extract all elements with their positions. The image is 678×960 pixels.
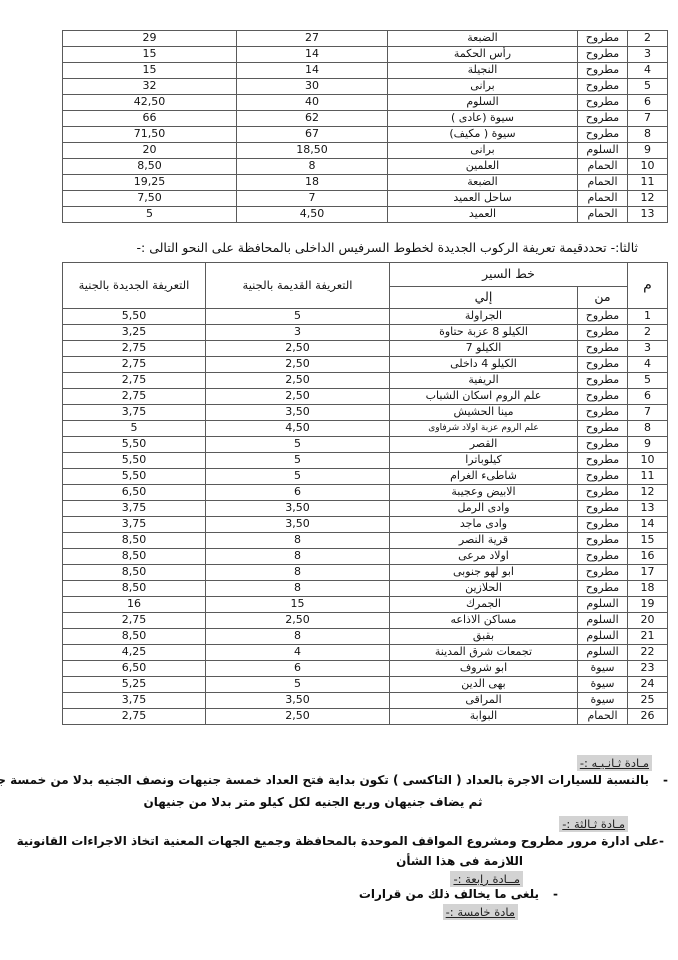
cell-from: الحمام <box>578 159 628 175</box>
table-row: 4مطروحالنجيلة1415 <box>63 63 668 79</box>
cell-to: ابو شروف <box>389 661 577 677</box>
cell-to: علم الروم اسكان الشباب <box>389 389 577 405</box>
cell-num: 16 <box>628 549 668 565</box>
cell-from: الحمام <box>578 191 628 207</box>
article-second-heading: مـادة ثـانـيـه :- <box>577 755 652 771</box>
cell-old-fare: 8 <box>205 629 389 645</box>
cell-to: برانى <box>388 143 578 159</box>
cell-old-fare: 2,50 <box>205 613 389 629</box>
cell-num: 18 <box>628 581 668 597</box>
cell-old-fare: 15 <box>205 597 389 613</box>
table-row: 8مطروحعلم الروم عزبة اولاد شرفاوى4,505 <box>62 421 667 437</box>
cell-from: مطروح <box>578 517 628 533</box>
table-row: 16مطروحاولاد مرعى88,50 <box>62 549 667 565</box>
cell-num: 6 <box>628 95 668 111</box>
cell-new-fare: 4,25 <box>62 645 205 661</box>
cell-old-fare: 3,50 <box>205 693 389 709</box>
cell-to: القصر <box>389 437 577 453</box>
cell-to: ساحل العميد <box>388 191 578 207</box>
cell-num: 20 <box>628 613 668 629</box>
cell-new-fare: 5,25 <box>62 677 205 693</box>
cell-from: السلوم <box>578 143 628 159</box>
cell-to: كيلوباترا <box>389 453 577 469</box>
table-row: 26الحمامالبوابة2,502,75 <box>62 709 667 725</box>
cell-from: مطروح <box>578 111 628 127</box>
cell-num: 14 <box>628 517 668 533</box>
article-second-text1: بالنسبة للسيارات الاجرة بالعداد ( التاكس… <box>0 773 649 787</box>
cell-to: الكيلو 4 داخلى <box>389 357 577 373</box>
cell-old-fare: 5 <box>205 677 389 693</box>
cell-new-fare: 5 <box>63 207 237 223</box>
cell-to: اولاد مرعى <box>389 549 577 565</box>
cell-from: مطروح <box>578 79 628 95</box>
cell-to: الريفية <box>389 373 577 389</box>
cell-new-fare: 71,50 <box>63 127 237 143</box>
table-row: 6مطروحالسلوم4042,50 <box>63 95 668 111</box>
table-row: 6مطروحعلم الروم اسكان الشباب2,502,75 <box>62 389 667 405</box>
cell-from: مطروح <box>578 453 628 469</box>
cell-num: 10 <box>628 453 668 469</box>
cell-to: الجمرك <box>389 597 577 613</box>
cell-new-fare: 2,75 <box>62 709 205 725</box>
cell-old-fare: 4,50 <box>237 207 388 223</box>
cell-old-fare: 27 <box>237 31 388 47</box>
cell-num: 26 <box>628 709 668 725</box>
cell-old-fare: 7 <box>237 191 388 207</box>
cell-from: مطروح <box>578 421 628 437</box>
cell-new-fare: 66 <box>63 111 237 127</box>
cell-new-fare: 2,75 <box>62 357 205 373</box>
cell-from: مطروح <box>578 405 628 421</box>
cell-new-fare: 5 <box>62 421 205 437</box>
cell-from: مطروح <box>578 389 628 405</box>
table-row: 11مطروحشاطىء الغرام55,50 <box>62 469 667 485</box>
table-row: 12الحمامساحل العميد77,50 <box>63 191 668 207</box>
table-row: 2مطروحالكيلو 8 عزبة حتاوة33,25 <box>62 325 667 341</box>
intercity-tariff-table: 2مطروحالضبعة27293مطروحرأس الحكمة14154مطر… <box>62 30 668 223</box>
cell-from: السلوم <box>578 613 628 629</box>
cell-from: السلوم <box>578 597 628 613</box>
table-row: 13الحمامالعميد4,505 <box>63 207 668 223</box>
service-tariff-header: م خط السير التعريفة القديمة بالجنية التع… <box>62 263 667 309</box>
cell-old-fare: 3,50 <box>205 517 389 533</box>
cell-from: الحمام <box>578 175 628 191</box>
cell-num: 11 <box>628 175 668 191</box>
table-row: 5مطروحالريفية2,502,75 <box>62 373 667 389</box>
cell-num: 1 <box>628 309 668 325</box>
cell-from: مطروح <box>578 31 628 47</box>
cell-from: الحمام <box>578 207 628 223</box>
cell-new-fare: 32 <box>63 79 237 95</box>
cell-num: 3 <box>628 47 668 63</box>
table-row: 3مطروحالكيلو 72,502,75 <box>62 341 667 357</box>
col-header-num: م <box>628 263 668 309</box>
cell-to: الضبعة <box>388 175 578 191</box>
cell-num: 23 <box>628 661 668 677</box>
cell-from: مطروح <box>578 127 628 143</box>
cell-new-fare: 6,50 <box>62 661 205 677</box>
cell-to: المراقى <box>389 693 577 709</box>
table-row: 24سيوةبهى الدين55,25 <box>62 677 667 693</box>
table-row: 2مطروحالضبعة2729 <box>63 31 668 47</box>
cell-num: 22 <box>628 645 668 661</box>
cell-new-fare: 2,75 <box>62 341 205 357</box>
service-tariff-table: م خط السير التعريفة القديمة بالجنية التع… <box>62 262 668 725</box>
col-header-from: من <box>578 287 628 309</box>
cell-to: رأس الحكمة <box>388 47 578 63</box>
cell-num: 8 <box>628 421 668 437</box>
table-row: 25سيوةالمراقى3,503,75 <box>62 693 667 709</box>
cell-to: علم الروم عزبة اولاد شرفاوى <box>389 421 577 437</box>
cell-from: مطروح <box>578 485 628 501</box>
article-third-heading: مـادة ثـالثة :- <box>559 816 628 832</box>
cell-new-fare: 5,50 <box>62 469 205 485</box>
cell-to: شاطىء الغرام <box>389 469 577 485</box>
cell-num: 9 <box>628 437 668 453</box>
cell-num: 7 <box>628 405 668 421</box>
cell-new-fare: 15 <box>63 47 237 63</box>
cell-to: الكيلو 7 <box>389 341 577 357</box>
table-row: 9السلومبرانى18,5020 <box>63 143 668 159</box>
cell-num: 8 <box>628 127 668 143</box>
cell-new-fare: 8,50 <box>62 565 205 581</box>
table-row: 17مطروحابو لهو جنوبى88,50 <box>62 565 667 581</box>
cell-from: الحمام <box>578 709 628 725</box>
cell-new-fare: 3,75 <box>62 693 205 709</box>
table-row: 12مطروحالابيض وعجيبة66,50 <box>62 485 667 501</box>
cell-old-fare: 2,50 <box>205 373 389 389</box>
table-row: 4مطروحالكيلو 4 داخلى2,502,75 <box>62 357 667 373</box>
cell-from: مطروح <box>578 47 628 63</box>
cell-new-fare: 5,50 <box>62 453 205 469</box>
cell-old-fare: 4 <box>205 645 389 661</box>
table-row: 1مطروحالجراولة55,50 <box>62 309 667 325</box>
article-fourth-heading: مــادة رابعة :- <box>450 871 523 887</box>
cell-from: مطروح <box>578 565 628 581</box>
cell-from: مطروح <box>578 341 628 357</box>
table-row: 18مطروحالحلازين88,50 <box>62 581 667 597</box>
cell-to: بهى الدين <box>389 677 577 693</box>
table-row: 7مطروحسيوة (عادى )6266 <box>63 111 668 127</box>
cell-new-fare: 3,25 <box>62 325 205 341</box>
cell-new-fare: 2,75 <box>62 373 205 389</box>
article-third-paragraph-line2: اللازمة فى هذا الشأن <box>396 854 523 868</box>
cell-to: بقبق <box>389 629 577 645</box>
cell-old-fare: 8 <box>205 581 389 597</box>
cell-old-fare: 3,50 <box>205 405 389 421</box>
cell-to: وادى الرمل <box>389 501 577 517</box>
article-fifth-heading: مادة خامسة :- <box>443 904 518 920</box>
cell-from: مطروح <box>578 373 628 389</box>
cell-old-fare: 2,50 <box>205 389 389 405</box>
cell-to: الجراولة <box>389 309 577 325</box>
cell-new-fare: 42,50 <box>63 95 237 111</box>
cell-to: سيوة ( مكيف) <box>388 127 578 143</box>
cell-old-fare: 5 <box>205 437 389 453</box>
cell-new-fare: 29 <box>63 31 237 47</box>
cell-num: 12 <box>628 485 668 501</box>
decree-document-page: 2مطروحالضبعة27293مطروحرأس الحكمة14154مطر… <box>0 0 678 960</box>
cell-old-fare: 2,50 <box>205 341 389 357</box>
cell-to: برانى <box>388 79 578 95</box>
table-row: 10مطروحكيلوباترا55,50 <box>62 453 667 469</box>
cell-from: سيوة <box>578 661 628 677</box>
cell-from: السلوم <box>578 645 628 661</box>
cell-from: مطروح <box>578 325 628 341</box>
table-row: 22السلومتجمعات شرق المدينة44,25 <box>62 645 667 661</box>
cell-num: 6 <box>628 389 668 405</box>
cell-num: 13 <box>628 501 668 517</box>
table-row: 9مطروحالقصر55,50 <box>62 437 667 453</box>
cell-num: 3 <box>628 341 668 357</box>
cell-new-fare: 8,50 <box>63 159 237 175</box>
article-fourth-paragraph-line1: - يلغى ما يخالف ذلك من قرارات <box>359 887 558 901</box>
cell-from: مطروح <box>578 437 628 453</box>
cell-from: مطروح <box>578 533 628 549</box>
cell-old-fare: 2,50 <box>205 357 389 373</box>
cell-to: ابو لهو جنوبى <box>389 565 577 581</box>
cell-old-fare: 8 <box>237 159 388 175</box>
cell-old-fare: 4,50 <box>205 421 389 437</box>
cell-num: 19 <box>628 597 668 613</box>
cell-old-fare: 8 <box>205 565 389 581</box>
cell-to: البوابة <box>389 709 577 725</box>
table-row: 7مطروحمينا الحشيش3,503,75 <box>62 405 667 421</box>
cell-from: مطروح <box>578 549 628 565</box>
cell-new-fare: 5,50 <box>62 309 205 325</box>
cell-new-fare: 3,75 <box>62 405 205 421</box>
cell-num: 4 <box>628 357 668 373</box>
cell-from: مطروح <box>578 63 628 79</box>
col-header-new-fare: التعريفة الجديدة بالجنية <box>62 263 205 309</box>
cell-to: الابيض وعجيبة <box>389 485 577 501</box>
cell-old-fare: 8 <box>205 533 389 549</box>
cell-new-fare: 8,50 <box>62 629 205 645</box>
cell-to: الضبعة <box>388 31 578 47</box>
table-row: 21السلومبقبق88,50 <box>62 629 667 645</box>
article-fourth-text1: يلغى ما يخالف ذلك من قرارات <box>359 887 539 901</box>
table-row: 10الحمامالعلمين88,50 <box>63 159 668 175</box>
cell-to: وادى ماجد <box>389 517 577 533</box>
article-second-paragraph-line2: ثم يضاف جنيهان وربع الجنيه لكل كيلو متر … <box>0 795 626 809</box>
cell-old-fare: 5 <box>205 453 389 469</box>
cell-to: العميد <box>388 207 578 223</box>
cell-new-fare: 20 <box>63 143 237 159</box>
cell-new-fare: 6,50 <box>62 485 205 501</box>
cell-num: 4 <box>628 63 668 79</box>
table-row: 11الحمامالضبعة1819,25 <box>63 175 668 191</box>
table-row: 5مطروحبرانى3032 <box>63 79 668 95</box>
cell-to: العلمين <box>388 159 578 175</box>
cell-old-fare: 30 <box>237 79 388 95</box>
cell-from: مطروح <box>578 95 628 111</box>
cell-old-fare: 14 <box>237 63 388 79</box>
cell-num: 12 <box>628 191 668 207</box>
cell-old-fare: 14 <box>237 47 388 63</box>
cell-old-fare: 67 <box>237 127 388 143</box>
dash-bullet: - <box>553 887 558 901</box>
cell-from: مطروح <box>578 309 628 325</box>
table-row: 8مطروحسيوة ( مكيف)6771,50 <box>63 127 668 143</box>
cell-to: قرية النصر <box>389 533 577 549</box>
cell-new-fare: 7,50 <box>63 191 237 207</box>
table-row: 13مطروحوادى الرمل3,503,75 <box>62 501 667 517</box>
table-row: 15مطروحقرية النصر88,50 <box>62 533 667 549</box>
cell-old-fare: 18,50 <box>237 143 388 159</box>
intercity-tariff-body: 2مطروحالضبعة27293مطروحرأس الحكمة14154مطر… <box>63 31 668 223</box>
cell-new-fare: 2,75 <box>62 389 205 405</box>
cell-new-fare: 8,50 <box>62 549 205 565</box>
cell-num: 5 <box>628 373 668 389</box>
cell-new-fare: 16 <box>62 597 205 613</box>
cell-old-fare: 6 <box>205 661 389 677</box>
cell-num: 24 <box>628 677 668 693</box>
cell-new-fare: 19,25 <box>63 175 237 191</box>
cell-new-fare: 5,50 <box>62 437 205 453</box>
cell-from: مطروح <box>578 581 628 597</box>
cell-to: السلوم <box>388 95 578 111</box>
cell-num: 2 <box>628 31 668 47</box>
cell-from: مطروح <box>578 469 628 485</box>
cell-to: تجمعات شرق المدينة <box>389 645 577 661</box>
cell-from: سيوة <box>578 693 628 709</box>
cell-old-fare: 8 <box>205 549 389 565</box>
article-second-paragraph-line1: - بالنسبة للسيارات الاجرة بالعداد ( التا… <box>0 773 668 787</box>
cell-num: 10 <box>628 159 668 175</box>
cell-from: السلوم <box>578 629 628 645</box>
cell-new-fare: 8,50 <box>62 533 205 549</box>
section-three-heading: ثالثا:- تحددقيمة تعريفة الركوب الجديدة ل… <box>137 240 639 255</box>
cell-to: سيوة (عادى ) <box>388 111 578 127</box>
cell-to: النجيلة <box>388 63 578 79</box>
cell-from: مطروح <box>578 501 628 517</box>
cell-num: 2 <box>628 325 668 341</box>
col-header-old-fare: التعريفة القديمة بالجنية <box>205 263 389 309</box>
cell-old-fare: 3,50 <box>205 501 389 517</box>
table-row: 14مطروحوادى ماجد3,503,75 <box>62 517 667 533</box>
cell-new-fare: 2,75 <box>62 613 205 629</box>
cell-num: 11 <box>628 469 668 485</box>
cell-to: الكيلو 8 عزبة حتاوة <box>389 325 577 341</box>
cell-num: 17 <box>628 565 668 581</box>
table-row: 23سيوةابو شروف66,50 <box>62 661 667 677</box>
cell-num: 21 <box>628 629 668 645</box>
cell-old-fare: 2,50 <box>205 709 389 725</box>
cell-from: سيوة <box>578 677 628 693</box>
cell-from: مطروح <box>578 357 628 373</box>
cell-num: 9 <box>628 143 668 159</box>
cell-old-fare: 62 <box>237 111 388 127</box>
col-header-to: إلي <box>389 287 577 309</box>
cell-old-fare: 40 <box>237 95 388 111</box>
table-row: 19السلومالجمرك1516 <box>62 597 667 613</box>
service-tariff-body: 1مطروحالجراولة55,502مطروحالكيلو 8 عزبة ح… <box>62 309 667 725</box>
cell-old-fare: 5 <box>205 469 389 485</box>
col-header-route: خط السير <box>389 263 627 287</box>
cell-num: 13 <box>628 207 668 223</box>
cell-num: 5 <box>628 79 668 95</box>
table-row: 20السلوممساكن الاذاعه2,502,75 <box>62 613 667 629</box>
cell-num: 25 <box>628 693 668 709</box>
cell-to: مساكن الاذاعه <box>389 613 577 629</box>
cell-old-fare: 3 <box>205 325 389 341</box>
dash-bullet: - <box>663 773 668 787</box>
cell-to: الحلازين <box>389 581 577 597</box>
article-third-paragraph-line1: -على ادارة مرور مطروح ومشروع المواقف الم… <box>17 834 664 848</box>
cell-old-fare: 5 <box>205 309 389 325</box>
cell-new-fare: 3,75 <box>62 517 205 533</box>
cell-new-fare: 15 <box>63 63 237 79</box>
cell-to: مينا الحشيش <box>389 405 577 421</box>
cell-num: 15 <box>628 533 668 549</box>
cell-new-fare: 3,75 <box>62 501 205 517</box>
cell-num: 7 <box>628 111 668 127</box>
cell-old-fare: 18 <box>237 175 388 191</box>
cell-new-fare: 8,50 <box>62 581 205 597</box>
table-row: 3مطروحرأس الحكمة1415 <box>63 47 668 63</box>
cell-old-fare: 6 <box>205 485 389 501</box>
